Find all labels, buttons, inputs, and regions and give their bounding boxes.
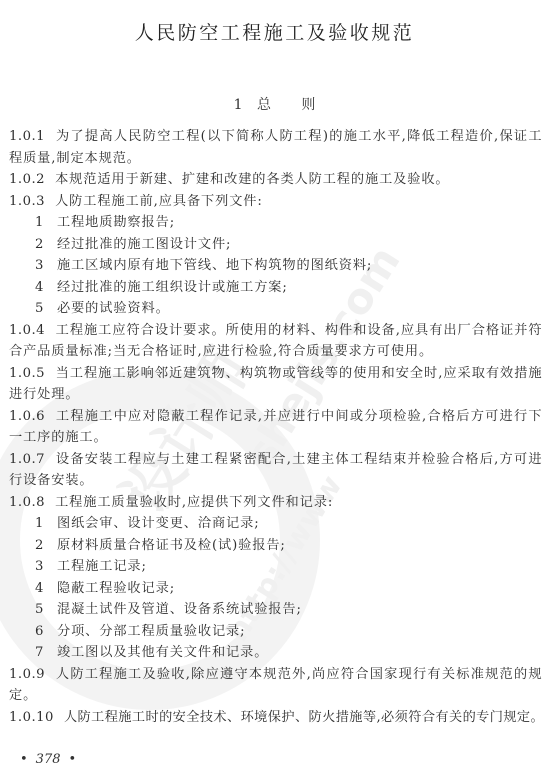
clause-line: 1.0.8工程施工质量验收时,应提供下列文件和记录: — [9, 492, 542, 514]
section-number: 1 — [234, 97, 243, 113]
page-number: 378 — [36, 752, 61, 767]
clause-line: 1.0.7设备安装工程应与土建工程紧密配合,土建主体工程结束并检验合格后,方可进 — [9, 449, 542, 471]
line-text: 工程施工记录; — [57, 559, 147, 574]
list-item: 2原材料质量合格证书及检(试)验报告; — [9, 535, 542, 557]
line-text: 工程施工中应对隐蔽工程作记录,并应进行中间或分项检验,合格后方可进行下 — [55, 409, 542, 424]
clause-number: 1.0.8 — [9, 492, 45, 514]
item-number: 7 — [35, 642, 57, 664]
line-text: 工程地质勘察报告; — [57, 215, 175, 230]
continuation-line: 进行处理。 — [9, 384, 542, 406]
item-number: 5 — [35, 298, 57, 320]
line-text: 工程施工质量验收时,应提供下列文件和记录: — [55, 495, 333, 510]
footer-bullet-right: • — [69, 752, 77, 767]
line-text: 合产品质量标准;当无合格证时,应进行检验,符合质量要求方可使用。 — [9, 344, 433, 359]
clause-number: 1.0.3 — [9, 191, 45, 213]
list-item: 1图纸会审、设计变更、洽商记录; — [9, 513, 542, 535]
line-text: 一工序的施工。 — [9, 430, 108, 445]
list-item: 2经过批准的施工图设计文件; — [9, 234, 542, 256]
item-number: 3 — [35, 255, 57, 277]
line-text: 经过批准的施工组织设计或施工方案; — [57, 280, 288, 295]
continuation-line: 一工序的施工。 — [9, 427, 542, 449]
clause-number: 1.0.4 — [9, 320, 45, 342]
clause-number: 1.0.5 — [9, 363, 45, 385]
item-number: 4 — [35, 277, 57, 299]
line-text: 人防工程施工时的安全技术、环境保护、防火措施等,必须符合有关的专门规定。 — [64, 710, 544, 725]
continuation-line: 合产品质量标准;当无合格证时,应进行检验,符合质量要求方可使用。 — [9, 341, 542, 363]
list-item: 6分项、分部工程质量验收记录; — [9, 621, 542, 643]
list-item: 3工程施工记录; — [9, 556, 542, 578]
item-number: 1 — [35, 212, 57, 234]
clause-line: 1.0.4工程施工应符合设计要求。所使用的材料、构件和设备,应具有出厂合格证并符 — [9, 320, 542, 342]
line-text: 图纸会审、设计变更、洽商记录; — [57, 516, 260, 531]
clause-line: 1.0.9人防工程施工及验收,除应遵守本规范外,尚应符合国家现行有关标准规范的规 — [9, 664, 542, 686]
line-text: 经过批准的施工图设计文件; — [57, 237, 231, 252]
item-number: 5 — [35, 599, 57, 621]
clause-number: 1.0.1 — [9, 126, 45, 148]
item-number: 2 — [35, 234, 57, 256]
item-number: 2 — [35, 535, 57, 557]
page-footer: •378• — [20, 752, 76, 767]
line-text: 当工程施工影响邻近建筑物、构筑物或管线等的使用和安全时,应采取有效措施 — [55, 366, 542, 381]
clause-number: 1.0.6 — [9, 406, 45, 428]
line-text: 隐蔽工程验收记录; — [57, 581, 175, 596]
list-item: 3施工区域内原有地下管线、地下构筑物的图纸资料; — [9, 255, 542, 277]
list-item: 4隐蔽工程验收记录; — [9, 578, 542, 600]
item-number: 1 — [35, 513, 57, 535]
line-text: 定。 — [9, 688, 37, 703]
continuation-line: 定。 — [9, 685, 542, 707]
line-text: 必要的试验资料。 — [57, 301, 170, 316]
list-item: 4经过批准的施工组织设计或施工方案; — [9, 277, 542, 299]
clause-line: 1.0.2本规范适用于新建、扩建和改建的各类人防工程的施工及验收。 — [9, 169, 542, 191]
clause-number: 1.0.9 — [9, 664, 45, 686]
item-number: 4 — [35, 578, 57, 600]
clause-line: 1.0.3人防工程施工前,应具备下列文件: — [9, 191, 542, 213]
line-text: 为了提高人民防空工程(以下简称人防工程)的施工水平,降低工程造价,保证工 — [55, 129, 542, 144]
line-text: 本规范适用于新建、扩建和改建的各类人防工程的施工及验收。 — [55, 172, 449, 187]
line-text: 原材料质量合格证书及检(试)验报告; — [57, 538, 286, 553]
line-text: 程质量,制定本规范。 — [9, 151, 141, 166]
clause-line: 1.0.5当工程施工影响邻近建筑物、构筑物或管线等的使用和安全时,应采取有效措施 — [9, 363, 542, 385]
section-title-part2: 则 — [301, 97, 315, 113]
clause-line: 1.0.1为了提高人民防空工程(以下简称人防工程)的施工水平,降低工程造价,保证… — [9, 126, 542, 148]
line-text: 设备安装工程应与土建工程紧密配合,土建主体工程结束并检验合格后,方可进 — [55, 452, 542, 467]
line-text: 工程施工应符合设计要求。所使用的材料、构件和设备,应具有出厂合格证并符 — [55, 323, 542, 338]
list-item: 5混凝土试件及管道、设备系统试验报告; — [9, 599, 542, 621]
clause-number: 1.0.2 — [9, 169, 45, 191]
list-item: 7竣工图以及其他有关文件和记录。 — [9, 642, 542, 664]
document-title: 人民防空工程施工及验收规范 — [0, 18, 549, 45]
item-number: 3 — [35, 556, 57, 578]
footer-bullet-left: • — [20, 752, 28, 767]
list-item: 1工程地质勘察报告; — [9, 212, 542, 234]
item-number: 6 — [35, 621, 57, 643]
line-text: 施工区域内原有地下管线、地下构筑物的图纸资料; — [57, 258, 372, 273]
line-text: 行设备安装。 — [9, 473, 94, 488]
clause-number: 1.0.10 — [9, 707, 54, 729]
line-text: 人防工程施工前,应具备下列文件: — [55, 194, 263, 209]
clause-line: 1.0.6工程施工中应对隐蔽工程作记录,并应进行中间或分项检验,合格后方可进行下 — [9, 406, 542, 428]
list-item: 5必要的试验资料。 — [9, 298, 542, 320]
clause-line: 1.0.10人防工程施工时的安全技术、环境保护、防火措施等,必须符合有关的专门规… — [9, 707, 542, 729]
line-text: 竣工图以及其他有关文件和记录。 — [57, 645, 268, 660]
line-text: 混凝土试件及管道、设备系统试验报告; — [57, 602, 302, 617]
line-text: 人防工程施工及验收,除应遵守本规范外,尚应符合国家现行有关标准规范的规 — [55, 667, 542, 682]
line-text: 进行处理。 — [9, 387, 79, 402]
line-text: 分项、分部工程质量验收记录; — [57, 624, 245, 639]
section-heading: 1 总 则 — [0, 94, 549, 114]
document-body: 1.0.1为了提高人民防空工程(以下简称人防工程)的施工水平,降低工程造价,保证… — [9, 126, 542, 728]
section-title-part1: 总 — [257, 97, 271, 113]
clause-number: 1.0.7 — [9, 449, 45, 471]
continuation-line: 程质量,制定本规范。 — [9, 148, 542, 170]
continuation-line: 行设备安装。 — [9, 470, 542, 492]
